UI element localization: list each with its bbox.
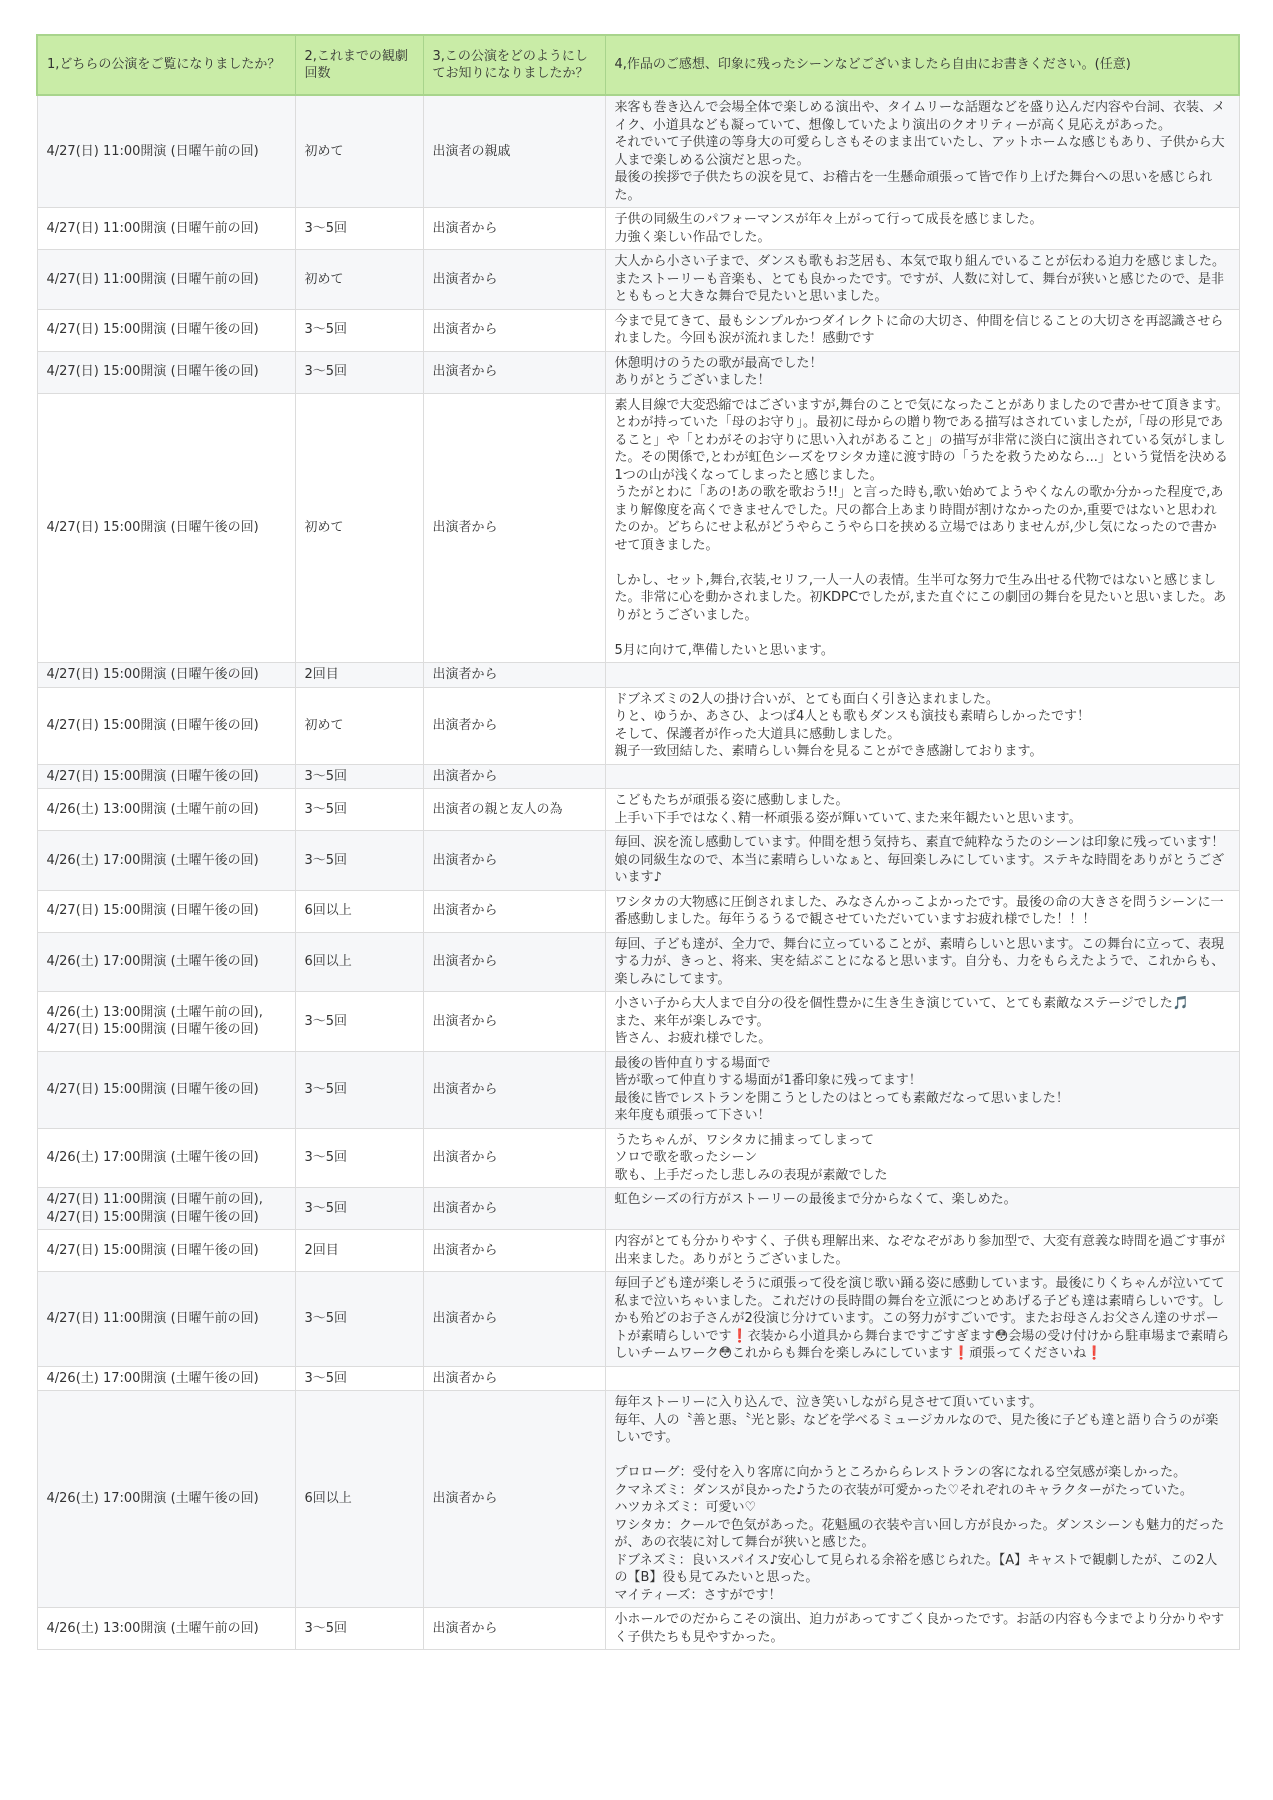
- cell-comment: 虹色シーズの行方がストーリーの最後まで分からなくて、楽しめた。: [605, 1188, 1239, 1230]
- cell-count: 初めて: [295, 393, 423, 663]
- table-row: 4/27(日) 15:00開演 (日曜午後の回)2回目出演者から: [37, 663, 1239, 688]
- cell-count: 3〜5回: [295, 992, 423, 1052]
- table-row: 4/27(日) 11:00開演 (日曜午前の回)初めて出演者から大人から小さい子…: [37, 250, 1239, 310]
- cell-show: 4/27(日) 15:00開演 (日曜午後の回): [37, 663, 295, 688]
- cell-comment: 大人から小さい子まで、ダンスも歌もお芝居も、本気で取り組んでいることが伝わる迫力…: [605, 250, 1239, 310]
- header-show: 1,どちらの公演をご覧になりましたか？: [37, 35, 295, 95]
- cell-comment: 毎回、子ども達が、全力で、舞台に立っていることが、素晴らしいと思います。この舞台…: [605, 932, 1239, 992]
- survey-table: 1,どちらの公演をご覧になりましたか？ 2,これまでの観劇回数 3,この公演をど…: [36, 34, 1240, 1650]
- cell-count: 3〜5回: [295, 208, 423, 250]
- table-row: 4/27(日) 11:00開演 (日曜午前の回)初めて出演者の親戚来客も巻き込ん…: [37, 95, 1239, 208]
- cell-comment: [605, 764, 1239, 789]
- cell-source: 出演者から: [423, 890, 605, 932]
- cell-show: 4/27(日) 15:00開演 (日曜午後の回): [37, 1230, 295, 1272]
- cell-count: 3〜5回: [295, 1366, 423, 1391]
- table-row: 4/26(土) 17:00開演 (土曜午後の回)3〜5回出演者から: [37, 1366, 1239, 1391]
- cell-source: 出演者から: [423, 1128, 605, 1188]
- table-row: 4/27(日) 11:00開演 (日曜午前の回)3〜5回出演者から毎回子ども達が…: [37, 1272, 1239, 1367]
- cell-source: 出演者から: [423, 1272, 605, 1367]
- cell-source: 出演者から: [423, 208, 605, 250]
- cell-show: 4/27(日) 11:00開演 (日曜午前の回): [37, 250, 295, 310]
- cell-count: 3〜5回: [295, 1128, 423, 1188]
- table-row: 4/27(日) 15:00開演 (日曜午後の回)2回目出演者から内容がとても分か…: [37, 1230, 1239, 1272]
- cell-show: 4/27(日) 11:00開演 (日曜午前の回): [37, 1272, 295, 1367]
- cell-comment: ワシタカの大物感に圧倒されました、みなさんかっこよかったです。最後の命の大きさを…: [605, 890, 1239, 932]
- cell-show: 4/27(日) 11:00開演 (日曜午前の回): [37, 208, 295, 250]
- cell-source: 出演者から: [423, 764, 605, 789]
- cell-show: 4/27(日) 15:00開演 (日曜午後の回): [37, 351, 295, 393]
- cell-comment: 小さい子から大人まで自分の役を個性豊かに生き生き演じていて、とても素敵なステージ…: [605, 992, 1239, 1052]
- table-row: 4/26(土) 17:00開演 (土曜午後の回)3〜5回出演者からうたちゃんが、…: [37, 1128, 1239, 1188]
- cell-show: 4/26(土) 17:00開演 (土曜午後の回): [37, 831, 295, 891]
- table-row: 4/26(土) 13:00開演 (土曜午前の回), 4/27(日) 15:00開…: [37, 992, 1239, 1052]
- cell-count: 6回以上: [295, 890, 423, 932]
- cell-comment: 子供の同級生のパフォーマンスが年々上がって行って成長を感じました。 力強く楽しい…: [605, 208, 1239, 250]
- cell-comment: [605, 663, 1239, 688]
- table-row: 4/26(土) 13:00開演 (土曜午前の回)3〜5回出演者の親と友人の為こど…: [37, 789, 1239, 831]
- cell-show: 4/27(日) 11:00開演 (日曜午前の回): [37, 95, 295, 208]
- cell-show: 4/26(土) 13:00開演 (土曜午前の回): [37, 1608, 295, 1650]
- cell-source: 出演者の親戚: [423, 95, 605, 208]
- cell-count: 3〜5回: [295, 309, 423, 351]
- survey-results: 1,どちらの公演をご覧になりましたか？ 2,これまでの観劇回数 3,この公演をど…: [36, 34, 1240, 1650]
- table-row: 4/27(日) 15:00開演 (日曜午後の回)3〜5回出演者から: [37, 764, 1239, 789]
- cell-count: 初めて: [295, 687, 423, 764]
- table-row: 4/27(日) 15:00開演 (日曜午後の回)6回以上出演者からワシタカの大物…: [37, 890, 1239, 932]
- cell-source: 出演者から: [423, 309, 605, 351]
- table-row: 4/27(日) 15:00開演 (日曜午後の回)3〜5回出演者から最後の皆仲直り…: [37, 1051, 1239, 1128]
- header-count: 2,これまでの観劇回数: [295, 35, 423, 95]
- cell-comment: 最後の皆仲直りする場面で 皆が歌って仲直りする場面が1番印象に残ってます！ 最後…: [605, 1051, 1239, 1128]
- cell-show: 4/27(日) 15:00開演 (日曜午後の回): [37, 890, 295, 932]
- cell-source: 出演者から: [423, 1188, 605, 1230]
- cell-comment: 休憩明けのうたの歌が最高でした！ ありがとうございました！: [605, 351, 1239, 393]
- cell-source: 出演者から: [423, 831, 605, 891]
- cell-comment: [605, 1366, 1239, 1391]
- cell-count: 2回目: [295, 663, 423, 688]
- cell-count: 3〜5回: [295, 351, 423, 393]
- cell-count: 3〜5回: [295, 1608, 423, 1650]
- cell-show: 4/27(日) 15:00開演 (日曜午後の回): [37, 1051, 295, 1128]
- cell-source: 出演者の親と友人の為: [423, 789, 605, 831]
- cell-comment: 今まで見てきて、最もシンプルかつダイレクトに命の大切さ、仲間を信じることの大切さ…: [605, 309, 1239, 351]
- cell-source: 出演者から: [423, 1608, 605, 1650]
- cell-source: 出演者から: [423, 250, 605, 310]
- cell-count: 2回目: [295, 1230, 423, 1272]
- table-row: 4/27(日) 15:00開演 (日曜午後の回)3〜5回出演者から休憩明けのうた…: [37, 351, 1239, 393]
- cell-show: 4/26(土) 17:00開演 (土曜午後の回): [37, 932, 295, 992]
- cell-count: 3〜5回: [295, 1272, 423, 1367]
- cell-source: 出演者から: [423, 687, 605, 764]
- cell-count: 3〜5回: [295, 764, 423, 789]
- cell-comment: 毎年ストーリーに入り込んで、泣き笑いしながら見させて頂いています。 毎年、人の〝…: [605, 1391, 1239, 1608]
- cell-count: 3〜5回: [295, 1051, 423, 1128]
- cell-source: 出演者から: [423, 1230, 605, 1272]
- cell-comment: 来客も巻き込んで会場全体で楽しめる演出や、タイムリーな話題などを盛り込んだ内容や…: [605, 95, 1239, 208]
- cell-count: 6回以上: [295, 932, 423, 992]
- cell-source: 出演者から: [423, 1391, 605, 1608]
- header-comment: 4,作品のご感想、印象に残ったシーンなどございましたら自由にお書きください。(任…: [605, 35, 1239, 95]
- cell-comment: こどもたちが頑張る姿に感動しました。 上手い下手ではなく､精一杯頑張る姿が輝いて…: [605, 789, 1239, 831]
- cell-show: 4/26(土) 17:00開演 (土曜午後の回): [37, 1366, 295, 1391]
- table-row: 4/27(日) 15:00開演 (日曜午後の回)3〜5回出演者から今まで見てきて…: [37, 309, 1239, 351]
- cell-show: 4/26(土) 13:00開演 (土曜午前の回): [37, 789, 295, 831]
- cell-show: 4/26(土) 13:00開演 (土曜午前の回), 4/27(日) 15:00開…: [37, 992, 295, 1052]
- cell-comment: 小ホールでのだからこその演出、迫力があってすごく良かったです。お話の内容も今まで…: [605, 1608, 1239, 1650]
- table-row: 4/26(土) 13:00開演 (土曜午前の回)3〜5回出演者から小ホールでのだ…: [37, 1608, 1239, 1650]
- cell-source: 出演者から: [423, 932, 605, 992]
- cell-show: 4/27(日) 15:00開演 (日曜午後の回): [37, 393, 295, 663]
- cell-count: 6回以上: [295, 1391, 423, 1608]
- table-row: 4/26(土) 17:00開演 (土曜午後の回)6回以上出演者から毎回、子ども達…: [37, 932, 1239, 992]
- cell-comment: 内容がとても分かりやすく、子供も理解出来、なぞなぞがあり参加型で、大変有意義な時…: [605, 1230, 1239, 1272]
- cell-show: 4/27(日) 15:00開演 (日曜午後の回): [37, 764, 295, 789]
- cell-comment: ドブネズミの2人の掛け合いが、とても面白く引き込まれました。 りと、ゆうか、あさ…: [605, 687, 1239, 764]
- cell-source: 出演者から: [423, 1366, 605, 1391]
- cell-count: 3〜5回: [295, 831, 423, 891]
- cell-count: 初めて: [295, 95, 423, 208]
- cell-source: 出演者から: [423, 663, 605, 688]
- table-body: 4/27(日) 11:00開演 (日曜午前の回)初めて出演者の親戚来客も巻き込ん…: [37, 95, 1239, 1650]
- table-row: 4/26(土) 17:00開演 (土曜午後の回)3〜5回出演者から毎回、涙を流し…: [37, 831, 1239, 891]
- cell-source: 出演者から: [423, 351, 605, 393]
- table-row: 4/27(日) 15:00開演 (日曜午後の回)初めて出演者からドブネズミの2人…: [37, 687, 1239, 764]
- table-row: 4/27(日) 11:00開演 (日曜午前の回)3〜5回出演者から子供の同級生の…: [37, 208, 1239, 250]
- cell-show: 4/27(日) 11:00開演 (日曜午前の回), 4/27(日) 15:00開…: [37, 1188, 295, 1230]
- cell-show: 4/27(日) 15:00開演 (日曜午後の回): [37, 309, 295, 351]
- cell-comment: うたちゃんが、ワシタカに捕まってしまって ソロで歌を歌ったシーン 歌も、上手だっ…: [605, 1128, 1239, 1188]
- cell-comment: 毎回、涙を流し感動しています。仲間を想う気持ち、素直で純粋なうたのシーンは印象に…: [605, 831, 1239, 891]
- table-row: 4/26(土) 17:00開演 (土曜午後の回)6回以上出演者から毎年ストーリー…: [37, 1391, 1239, 1608]
- header-source: 3,この公演をどのようにしてお知りになりましたか？: [423, 35, 605, 95]
- cell-show: 4/26(土) 17:00開演 (土曜午後の回): [37, 1128, 295, 1188]
- table-row: 4/27(日) 11:00開演 (日曜午前の回), 4/27(日) 15:00開…: [37, 1188, 1239, 1230]
- header-row: 1,どちらの公演をご覧になりましたか？ 2,これまでの観劇回数 3,この公演をど…: [37, 35, 1239, 95]
- table-row: 4/27(日) 15:00開演 (日曜午後の回)初めて出演者から素人目線で大変恐…: [37, 393, 1239, 663]
- cell-count: 3〜5回: [295, 789, 423, 831]
- cell-comment: 素人目線で大変恐縮ではございますが,舞台のことで気になったことがありましたので書…: [605, 393, 1239, 663]
- cell-count: 初めて: [295, 250, 423, 310]
- cell-comment: 毎回子ども達が楽しそうに頑張って役を演じ歌い踊る姿に感動しています。最後にりくち…: [605, 1272, 1239, 1367]
- cell-show: 4/26(土) 17:00開演 (土曜午後の回): [37, 1391, 295, 1608]
- cell-source: 出演者から: [423, 992, 605, 1052]
- cell-count: 3〜5回: [295, 1188, 423, 1230]
- cell-source: 出演者から: [423, 1051, 605, 1128]
- cell-show: 4/27(日) 15:00開演 (日曜午後の回): [37, 687, 295, 764]
- cell-source: 出演者から: [423, 393, 605, 663]
